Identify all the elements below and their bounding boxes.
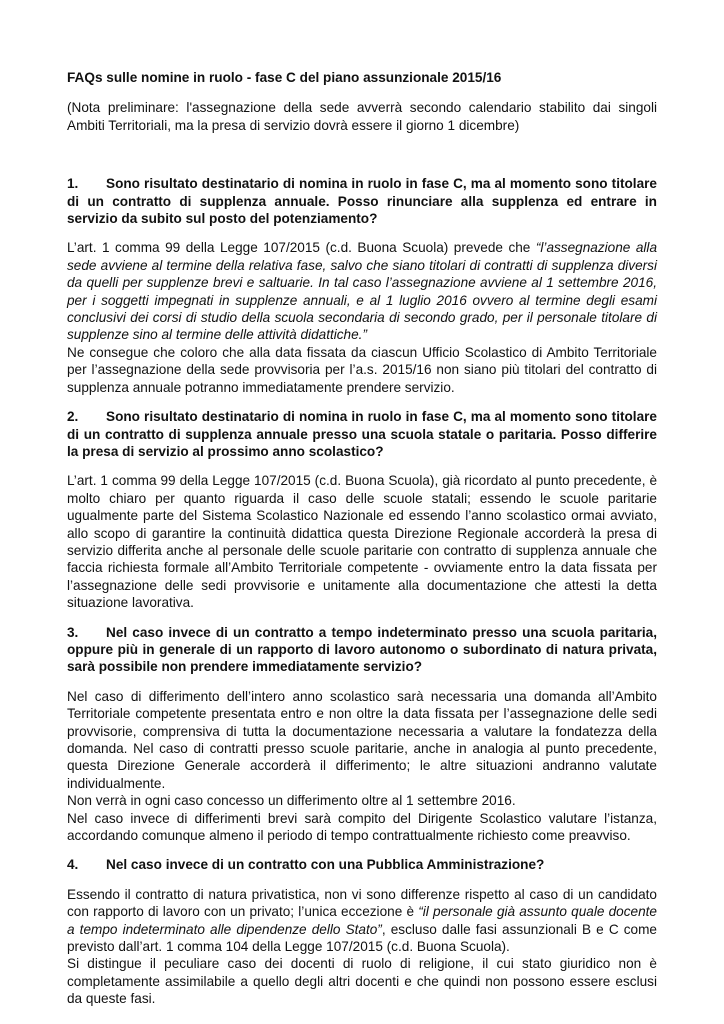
faq-item-3: 3.Nel caso invece di un contratto a temp… xyxy=(67,624,657,845)
faq-3-answer-paragraph-2: Non verrà in ogni caso concesso un diffe… xyxy=(67,792,657,809)
faq-3-question-text: Nel caso invece di un contratto a tempo … xyxy=(67,625,657,675)
faq-4-question: 4.Nel caso invece di un contratto con un… xyxy=(67,856,657,873)
faq-1-number: 1. xyxy=(67,175,106,192)
faq-3-answer-paragraph-3: Nel caso invece di differimenti brevi sa… xyxy=(67,810,657,845)
faq-3-answer: Nel caso di differimento dell’intero ann… xyxy=(67,688,657,845)
faq-4-answer-paragraph-2: Si distingue il peculiare caso dei docen… xyxy=(67,955,657,1007)
document-title: FAQs sulle nomine in ruolo - fase C del … xyxy=(67,69,657,86)
faq-4-question-text: Nel caso invece di un contratto con una … xyxy=(106,857,544,872)
faq-1-question-text: Sono risultato destinatario di nomina in… xyxy=(67,176,657,226)
faq-4-answer-paragraph-1: Essendo il contratto di natura privatist… xyxy=(67,886,657,956)
faq-4-number: 4. xyxy=(67,856,106,873)
faq-2-question: 2.Sono risultato destinatario di nomina … xyxy=(67,408,657,460)
faq-item-4: 4.Nel caso invece di un contratto con un… xyxy=(67,856,657,1007)
faq-3-question: 3.Nel caso invece di un contratto a temp… xyxy=(67,624,657,676)
faq-2-answer-paragraph-1: L’art. 1 comma 99 della Legge 107/2015 (… xyxy=(67,472,657,611)
faq-3-answer-paragraph-1: Nel caso di differimento dell’intero ann… xyxy=(67,688,657,792)
faq-3-number: 3. xyxy=(67,624,106,641)
faq-2-question-text: Sono risultato destinatario di nomina in… xyxy=(67,409,657,459)
preliminary-note: (Nota preliminare: l'assegnazione della … xyxy=(67,99,657,134)
faq-1-question: 1.Sono risultato destinatario di nomina … xyxy=(67,175,657,227)
document-page: FAQs sulle nomine in ruolo - fase C del … xyxy=(0,0,724,1024)
faq-item-1: 1.Sono risultato destinatario di nomina … xyxy=(67,175,657,396)
faq-item-2: 2.Sono risultato destinatario di nomina … xyxy=(67,408,657,611)
faq-2-answer: L’art. 1 comma 99 della Legge 107/2015 (… xyxy=(67,472,657,611)
faq-1-answer: L’art. 1 comma 99 della Legge 107/2015 (… xyxy=(67,239,657,396)
faq-1-answer-paragraph-2: Ne consegue che coloro che alla data fis… xyxy=(67,344,657,396)
faq-2-number: 2. xyxy=(67,408,106,425)
faq-4-answer: Essendo il contratto di natura privatist… xyxy=(67,886,657,1008)
faq-1-answer-paragraph-1: L’art. 1 comma 99 della Legge 107/2015 (… xyxy=(67,239,657,343)
